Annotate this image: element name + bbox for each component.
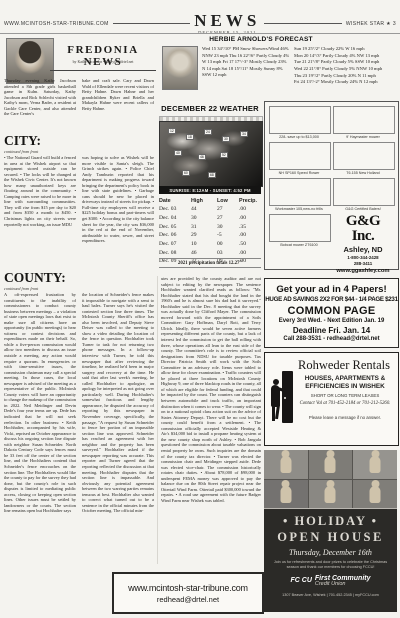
- forecast-title: HERBIE ARNOLD'S FORECAST: [196, 36, 326, 43]
- fredonia-column-2: bake and craft sale. Cary and Dawn Wald …: [82, 78, 154, 130]
- common-page-schedule: Every 3rd Wed. - Next Edition Jan. 19: [265, 318, 398, 324]
- cell-high: 30: [191, 214, 217, 223]
- forecaster-photo: [162, 46, 198, 90]
- holiday-ad-text-area: • HOLIDAY • OPEN HOUSE Thursday, Decembe…: [264, 509, 397, 612]
- table-row: Dec. 03 44 27 .00: [159, 205, 261, 214]
- forecast-line: Mon 20 14°/3° Partly Cloudy 4% NW 13 mph: [294, 53, 398, 60]
- table-row: Dec. 05 31 30 .35: [159, 223, 261, 232]
- gingerbread-photo-grid: [264, 450, 397, 508]
- equipment-caption: 9' Haymaster mower: [333, 135, 393, 139]
- gingerbread-photo: [264, 480, 308, 509]
- weather-section-title: DECEMBER 22 WEATHER: [158, 104, 262, 113]
- equipment-photo: [333, 106, 395, 134]
- gingerbread-photo: [264, 450, 308, 479]
- county-column-1: A oft-expressed frustration by constitue…: [4, 292, 76, 612]
- cell-high: 46: [191, 249, 217, 258]
- header-rule-left: [113, 23, 191, 24]
- table-row: Dec. 04 30 27 .00: [159, 214, 261, 223]
- gingerbread-figure: [280, 456, 291, 473]
- gingerbread-figure: [325, 456, 336, 473]
- gg-right-photos: 9' Haymaster mower T6.155 New Holland G&…: [333, 106, 393, 211]
- forecast-line: Sun 19 25°/2° Cloudy 22% W 16 mph: [294, 46, 398, 53]
- gingerbread-figure: [370, 456, 381, 473]
- cell-precip: .00: [239, 214, 261, 223]
- event-description: Join us for refreshments and door prizes…: [272, 560, 389, 571]
- county-section-title: COUNTY:: [4, 271, 66, 285]
- gg-dealer-website: www.ggashley.com: [333, 268, 393, 274]
- masthead: NEWS DECEMBER 15, 2021: [194, 12, 260, 36]
- cell-precip: .00: [239, 231, 261, 240]
- map-temperature-label: 52: [220, 152, 228, 158]
- equipment-caption: Bobcat mower ZT6100: [269, 243, 329, 247]
- common-page-title: COMMON PAGE: [265, 305, 398, 317]
- cell-low: 03: [217, 249, 239, 258]
- equipment-photo: [269, 142, 331, 170]
- forecast-right-block: Sun 19 25°/2° Cloudy 22% W 16 mphMon 20 …: [294, 46, 398, 86]
- fccu-address-line: 1307 Beaver Ave, Wishek | 701.452.2345 |…: [264, 593, 397, 597]
- column-gutter-rule: [157, 276, 158, 564]
- precip-total-line: 2021 precipitation totals 12.27": [159, 258, 261, 268]
- cell-date: Dec. 07: [159, 240, 191, 249]
- gg-dealer-phones: 1-800-344-2428 288-3411: [333, 255, 393, 267]
- sunrise-sunset-bar: SUNRISE: 8:12AM - SUNSET: 4:52 PM: [159, 186, 261, 194]
- header-divider: [0, 33, 400, 34]
- equipment-caption: G&G Certified Balers!: [333, 207, 393, 211]
- fccu-logo-mark: FC CU: [290, 578, 311, 585]
- map-temperature-label: 24: [204, 129, 212, 135]
- map-temperature-label: 30: [222, 136, 230, 142]
- forecast-left-block: Wed 15 34°/10° PM Snow Showers/Wind 46% …: [162, 46, 290, 92]
- gg-ad-left-column: 228- save up to $13,000 NH SP160 Speed R…: [269, 106, 329, 250]
- map-temperature-label: 68: [208, 172, 216, 178]
- newspaper-page: WWW.MCINTOSH-STAR-TRIBUNE.COM NEWS DECEM…: [0, 0, 400, 618]
- county-column-2: the location of Schneider's fence makes …: [82, 292, 154, 568]
- cell-low: 27: [217, 214, 239, 223]
- cell-high: 31: [191, 223, 217, 232]
- event-date-line: Thursday, December 16th: [264, 548, 397, 557]
- person-at-door-icon: [271, 371, 293, 429]
- open-house-line: OPEN HOUSE: [264, 530, 397, 545]
- equipment-listing: 9' Haymaster mower: [333, 106, 393, 139]
- equipment-photo: [269, 106, 331, 134]
- gingerbread-figure: [280, 486, 291, 503]
- weather-table: Date High Low Precip. Dec. 03 44 27 .00 …: [159, 197, 261, 266]
- city-column-1: • The National Guard will build a fenced…: [4, 155, 76, 267]
- cell-low: 27: [217, 205, 239, 214]
- weather-table-header: Date High Low Precip.: [159, 197, 261, 205]
- cell-date: Dec. 04: [159, 214, 191, 223]
- map-temperature-label: 60: [182, 170, 190, 176]
- forecast-line: Wed 22 21°/8° Partly Cloudy 5% NNW 10 mp…: [294, 66, 398, 73]
- gingerbread-photo: [353, 450, 397, 479]
- page-header: WWW.MCINTOSH-STAR-TRIBUNE.COM NEWS DECEM…: [4, 12, 396, 36]
- cell-precip: .50: [239, 240, 261, 249]
- fccu-name-line2: Credit Union: [315, 582, 371, 588]
- equipment-listing: Workmaster 105,new-no frills: [269, 178, 329, 211]
- gg-equipment-ad: 228- save up to $13,000 NH SP160 Speed R…: [264, 101, 399, 270]
- holiday-line: • HOLIDAY •: [264, 514, 397, 529]
- gingerbread-figure: [370, 486, 381, 503]
- cell-date: Dec. 06: [159, 231, 191, 240]
- cell-date: Dec. 05: [159, 223, 191, 232]
- rohweder-message-line: Please leave a message if no answer.: [295, 415, 395, 420]
- fredonia-column-1: Thursday evening Kathy Jacobson attended…: [4, 78, 76, 130]
- weather-table-body: Dec. 03 44 27 .00 Dec. 04 30 27 .00 Dec.…: [159, 205, 261, 266]
- gingerbread-photo: [309, 480, 353, 509]
- rohweder-subtitle: HOUSES, APARTMENTS & EFFICIENCIES IN WIS…: [295, 375, 395, 391]
- fccu-logo: FC CU First Community Credit Union: [264, 575, 397, 588]
- gg-dealer-name: G&G Inc.: [333, 214, 393, 244]
- gg-dealer-city: Ashley, ND: [333, 245, 393, 254]
- gingerbread-photo: [309, 450, 353, 479]
- gingerbread-photo: [353, 480, 397, 509]
- equipment-listing: NH SP160 Speed Rower: [269, 142, 329, 175]
- rohweder-rentals-ad: Rohweder Rentals HOUSES, APARTMENTS & EF…: [264, 352, 399, 446]
- header-rule-right: [264, 23, 342, 24]
- map-temperature-label: 40: [174, 150, 182, 156]
- fredonia-news-title: FREDONIA NEWS: [50, 44, 156, 71]
- common-page-savings: HUGE AD SAVINGS 2X2 FOR $44 - 1/4 PAGE $…: [265, 296, 398, 303]
- col-header-date: Date: [159, 197, 191, 205]
- gg-dealer-block: G&G Inc. Ashley, ND 1-800-344-2428 288-3…: [333, 214, 393, 274]
- fredonia-byline: by Kathy Jacobson • kathyja@drtel.net: [50, 60, 156, 64]
- equipment-caption: 228- save up to $13,000: [269, 135, 329, 139]
- equipment-photo: [269, 214, 331, 242]
- cell-precip: .35: [239, 223, 261, 232]
- door-knob: [284, 397, 286, 399]
- forecast-line: Tue 21 21°/8° Partly Cloudy 5% SSW 10 mp…: [294, 59, 398, 66]
- forecast-line: Fri 24 13°/-2° Mostly Cloudy 24% N 12 mp…: [294, 79, 398, 86]
- fccu-holiday-ad: • HOLIDAY • OPEN HOUSE Thursday, Decembe…: [264, 450, 397, 612]
- common-page-deadline: Deadline Fri. Jan. 14: [265, 326, 398, 335]
- cell-low: -5: [217, 231, 239, 240]
- rohweder-title: Rohweder Rentals: [293, 358, 395, 373]
- gg-phone-2: 288-3411: [333, 261, 393, 267]
- equipment-listing: Bobcat mower ZT6100: [269, 214, 329, 247]
- cell-precip: .00: [239, 249, 261, 258]
- cell-high: 10: [191, 240, 217, 249]
- equipment-listing: T6.155 New Holland: [333, 142, 393, 175]
- table-row: Dec. 07 10 00 .50: [159, 240, 261, 249]
- col-header-low: Low: [217, 197, 239, 205]
- fccu-logo-name: First Community Credit Union: [315, 575, 371, 588]
- equipment-photo: [269, 178, 331, 206]
- cell-date: Dec. 08: [159, 249, 191, 258]
- cell-low: 00: [217, 240, 239, 249]
- site-url: WWW.MCINTOSH-STAR-TRIBUNE.COM: [4, 21, 109, 27]
- map-temperature-label: 12: [168, 128, 176, 134]
- forecast-line: Thu 23 19°/2° Partly Cloudy 20% N 11 mph: [294, 73, 398, 80]
- equipment-photo: [333, 142, 395, 170]
- equipment-caption: T6.155 New Holland: [333, 171, 393, 175]
- rohweder-leases-line: SHORT OR LONG TERM LEASES: [295, 393, 395, 398]
- common-page-contact: Call 288-3531 - redhead@drtel.net: [265, 336, 398, 342]
- cell-high: 29: [191, 231, 217, 240]
- equipment-listing: G&G Certified Balers!: [333, 178, 393, 211]
- common-page-ad: Get your ad in 4 Papers! HUGE AD SAVINGS…: [264, 278, 399, 348]
- cell-date: Dec. 03: [159, 205, 191, 214]
- rohweder-contact-line: Contact Val at 701-452-2184 or 701-212-5…: [295, 401, 395, 407]
- city-section-title: CITY:: [4, 134, 41, 148]
- equipment-caption: NH SP160 Speed Rower: [269, 171, 329, 175]
- gingerbread-figure: [325, 486, 336, 503]
- map-temperature-label: 18: [186, 134, 194, 140]
- forecast-left-text: Wed 15 34°/10° PM Snow Showers/Wind 46% …: [202, 46, 289, 77]
- newspaper-website: www.mcintosh-star-tribune.com: [128, 583, 248, 593]
- page-title: NEWS: [194, 12, 260, 29]
- equipment-photo: [333, 178, 395, 206]
- door-shape: [282, 371, 293, 423]
- table-row: Dec. 08 46 03 .00: [159, 249, 261, 258]
- newspaper-email: redhead@drtel.net: [157, 595, 219, 604]
- newspaper-contact-box: www.mcintosh-star-tribune.com redhead@dr…: [112, 572, 264, 614]
- county-continued-note: continued from front: [4, 286, 38, 291]
- map-temperature-label: 34: [240, 131, 248, 137]
- weather-map: 12182430344046526068: [159, 121, 263, 187]
- city-column-2: was hoping to solve as Wishek will be mo…: [82, 155, 154, 267]
- cell-low: 30: [217, 223, 239, 232]
- gg-ad-right-column: 9' Haymaster mower T6.155 New Holland G&…: [333, 106, 393, 274]
- county-column-3: utes are provided by the county auditor …: [161, 276, 261, 566]
- col-header-high: High: [191, 197, 217, 205]
- cell-precip: .00: [239, 205, 261, 214]
- col-header-precip: Precip.: [239, 197, 261, 205]
- table-row: Dec. 06 29 -5 .00: [159, 231, 261, 240]
- cell-high: 44: [191, 205, 217, 214]
- page-number: WISHEK STAR ★ 3: [346, 21, 396, 27]
- map-temperature-label: 46: [198, 154, 206, 160]
- city-continued-note: continued from front: [4, 149, 38, 154]
- common-page-headline: Get your ad in 4 Papers!: [265, 284, 398, 295]
- equipment-caption: Workmaster 105,new-no frills: [269, 207, 329, 211]
- person-leg: [275, 405, 280, 419]
- equipment-listing: 228- save up to $13,000: [269, 106, 329, 139]
